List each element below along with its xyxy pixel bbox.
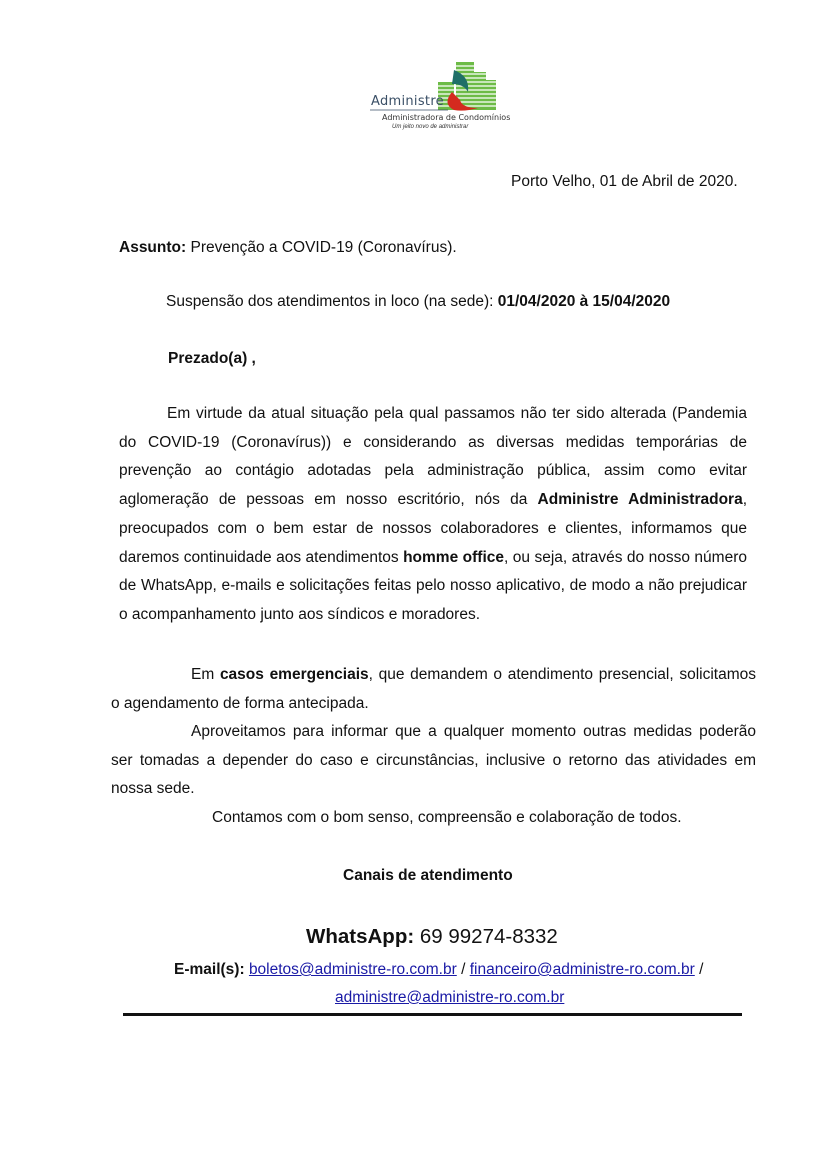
body-paragraph-1: Em virtude da atual situação pela qual p… [119,400,747,630]
emergency-term: casos emergenciais [220,666,369,683]
company-name: Administre Administradora [538,491,743,508]
body-paragraph-4: Contamos com o bom senso, compreensão e … [212,808,682,828]
place-date: Porto Velho, 01 de Abril de 2020. [511,172,738,192]
email-link-financeiro[interactable]: financeiro@administre-ro.com.br [470,961,695,978]
whatsapp-number: 69 99274-8332 [414,925,558,948]
email-label: E-mail(s): [174,961,245,978]
logo-brand: Administre [371,94,444,109]
logo-tagline: Um jeito novo de administrar [392,124,468,130]
logo-subtitle: Administradora de Condomínios [382,113,510,122]
suspension-line: Suspensão dos atendimentos in loco (na s… [166,292,670,312]
emails-line-2: administre@administre-ro.com.br [335,988,564,1008]
subject-label: Assunto: [119,239,186,256]
subject-line: Assunto: Prevenção a COVID-19 (Coronavír… [119,238,457,258]
whatsapp-line: WhatsApp: 69 99274-8332 [306,924,558,950]
contacts-heading: Canais de atendimento [343,866,513,886]
body-paragraph-2: Em casos emergenciais, que demandem o at… [111,661,756,718]
company-logo: Administre Administradora de Condomínios… [368,58,504,136]
suspension-dates: 01/04/2020 à 15/04/2020 [498,293,670,310]
salutation: Prezado(a) , [168,349,256,369]
emails-line: E-mail(s): boletos@administre-ro.com.br … [174,960,703,980]
body-paragraph-3: Aproveitamos para informar que a qualque… [111,718,756,804]
bottom-divider [123,1013,742,1016]
whatsapp-label: WhatsApp: [306,925,414,948]
home-office-term: homme office [403,549,504,566]
subject-text: Prevenção a COVID-19 (Coronavírus). [186,239,457,256]
email-link-boletos[interactable]: boletos@administre-ro.com.br [249,961,457,978]
email-link-administre[interactable]: administre@administre-ro.com.br [335,989,564,1006]
suspension-text: Suspensão dos atendimentos in loco (na s… [166,293,498,310]
